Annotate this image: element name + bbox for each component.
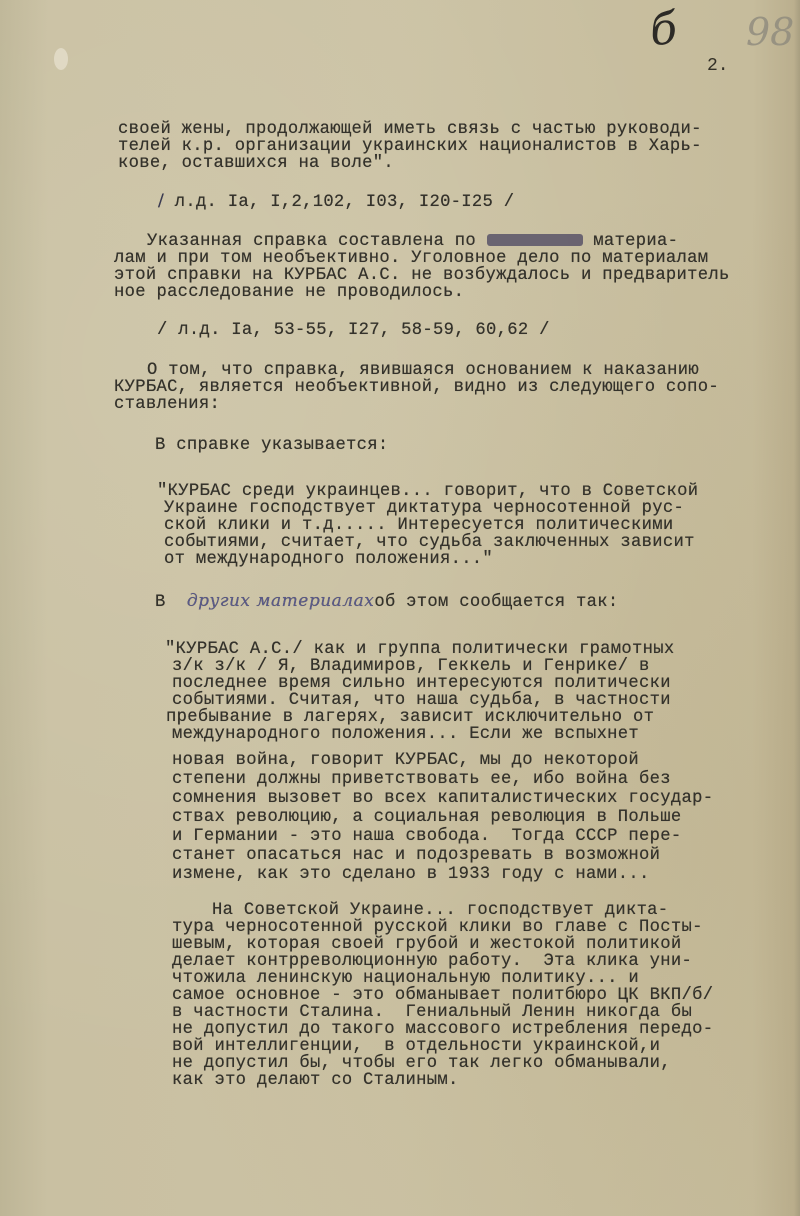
quote-line: в частности Сталина. Гениальный Ленин ни… <box>172 1004 692 1022</box>
quote-line: шевым, которая своей грубой и жестокой п… <box>172 936 681 954</box>
pencil-folio-number: 98 <box>746 10 794 54</box>
redacted-word <box>487 234 583 246</box>
case-reference: / л.д. Iа, 53-55, I27, 58-59, 60,62 / <box>157 322 550 340</box>
paper-smudge <box>54 48 68 70</box>
quote-line: и Германии - это наша свобода. Тогда ССС… <box>172 828 681 846</box>
paragraph-line: Указанная справка составлена по материа- <box>147 233 678 251</box>
quote-line: "КУРБАС среди украинцев... говорит, что … <box>157 483 698 501</box>
quote-line: событиями, считает, что судьба заключенн… <box>164 534 695 552</box>
paragraph-line: своей жены, продолжающей иметь связь с ч… <box>118 121 702 139</box>
quote-line: Украине господствует диктатура черносоте… <box>164 500 684 518</box>
paragraph-line: ставления: <box>114 396 220 414</box>
case-reference: / л.д. Iа, I,2,102, I03, I20-I25 / <box>158 193 514 212</box>
paragraph-line: этой справки на КУРБАС А.С. не возбуждал… <box>114 267 730 285</box>
handwritten-insertion: других материалах <box>187 591 374 611</box>
handwritten-folio-number: б <box>647 3 679 57</box>
quote-line: последнее время сильно интересуются поли… <box>172 675 671 693</box>
paper-edge <box>794 0 800 1216</box>
quote-line: новая война, говорит КУРБАС, мы до некот… <box>172 752 639 770</box>
paragraph-line: В справке указывается: <box>155 437 389 455</box>
handwritten-checkmark: / <box>158 191 164 211</box>
quote-line: з/к з/к / Я, Владимиров, Геккель и Генри… <box>172 658 650 676</box>
quote-line: международного положения... Если же вспы… <box>172 726 639 744</box>
quote-line: делает контрреволюционную работу. Эта кл… <box>172 953 692 971</box>
paragraph-line: В других материалахоб этом сообщается та… <box>155 593 618 612</box>
quote-line: измене, как это сделано в 1933 году с на… <box>172 866 650 884</box>
quote-line: от международного положения..." <box>164 551 493 569</box>
quote-line: пребывание в лагерях, зависит исключител… <box>166 709 654 727</box>
paragraph-line: КУРБАС, является необъективной, видно из… <box>114 379 719 397</box>
quote-line: событиями. Считая, что наша судьба, в ча… <box>172 692 671 710</box>
text-span: об этом сообщается так: <box>374 593 618 612</box>
quote-line: вой интеллигенции, в отдельности украинс… <box>172 1038 660 1056</box>
paragraph-line: лам и при том необъективно. Уголовное де… <box>114 250 708 268</box>
paragraph-line: ное расследование не проводилось. <box>114 284 464 302</box>
quote-line: чтожила ленинскую национальную политику.… <box>172 970 639 988</box>
paragraph-line: О том, что справка, явившаяся основанием… <box>147 362 699 380</box>
quote-line: ствах революцию, а социальная революция … <box>172 809 681 827</box>
quote-line: самое основное - это обманывает политбюр… <box>172 987 713 1005</box>
quote-line: "КУРБАС А.С./ как и группа политически г… <box>165 641 674 659</box>
document-page: б 98 2. своей жены, продолжающей иметь с… <box>0 0 800 1216</box>
page-number: 2. <box>707 56 729 76</box>
quote-line: как это делают со Сталиным. <box>172 1072 459 1090</box>
paragraph-line: телей к.р. организации украинских национ… <box>118 138 702 156</box>
quote-line: ской клики и т.д..... Интересуется полит… <box>164 517 673 535</box>
quote-line: тура черносотенной русской клики во глав… <box>172 919 703 937</box>
quote-line: не допустил до такого массового истребле… <box>172 1021 713 1039</box>
quote-line: сомнения вызовет во всех капиталистическ… <box>172 790 713 808</box>
quote-line: станет опасаться нас и подозревать в воз… <box>172 847 660 865</box>
paragraph-line: кове, оставшихся на воле". <box>118 155 394 173</box>
quote-line: На Советской Украине... господствует дик… <box>212 902 668 920</box>
case-reference-text: л.д. Iа, I,2,102, I03, I20-I25 / <box>175 193 515 212</box>
quote-line: не допустил бы, чтобы его так легко обма… <box>172 1055 671 1073</box>
text-span: В <box>155 593 166 612</box>
quote-line: степени должны приветствовать ее, ибо во… <box>172 771 671 789</box>
